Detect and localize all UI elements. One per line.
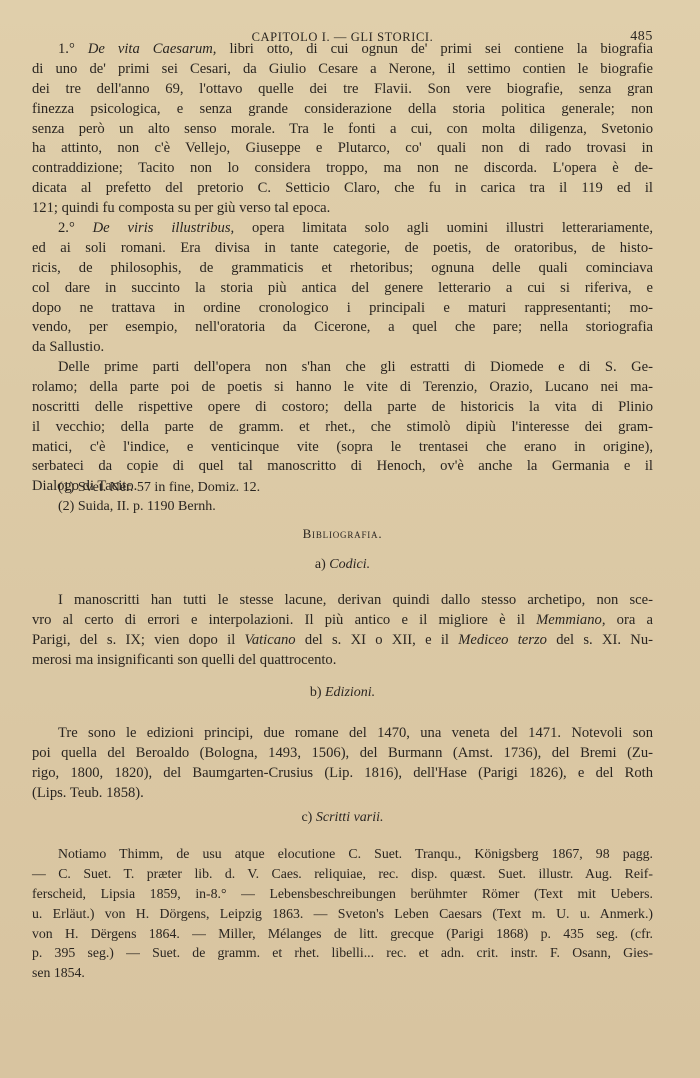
text-line: 1.° De vita Caesarum, libri otto, di cui… bbox=[32, 40, 653, 60]
text-line: p. 395 seg.) — Suet. de gramm. et rhet. … bbox=[32, 943, 653, 963]
text-line: Delle prime parti dell'opera non s'han c… bbox=[32, 358, 653, 378]
text-line: Tre sono le edizioni principi, due roman… bbox=[32, 724, 653, 744]
text-segment: I manoscritti han tutti le stesse lacune… bbox=[58, 592, 653, 608]
italic-title: Mediceo terzo bbox=[458, 632, 547, 648]
footnote-1: (1) Svet. Ner. 57 in fine, Domiz. 12. bbox=[58, 478, 260, 497]
text-segment: ricis, de philosophis, de grammaticis et… bbox=[32, 260, 653, 276]
text-segment: u. Erläut.) von H. Dörgens, Leipzig 1863… bbox=[32, 906, 653, 921]
book-page: CAPITOLO I. — GLI STORICI. 485 1.° De vi… bbox=[0, 0, 700, 1078]
text-segment: (Lips. Teub. 1858). bbox=[32, 785, 144, 801]
text-segment: ha attinto, non c'è Vellejo, Giuseppe e … bbox=[32, 140, 653, 156]
text-segment: Delle prime parti dell'opera non s'han c… bbox=[58, 359, 653, 375]
text-segment: von H. Dërgens 1864. — Miller, Mélanges … bbox=[32, 926, 653, 941]
text-line: merosi ma insignificanti son quelli del … bbox=[32, 651, 653, 671]
text-segment: merosi ma insignificanti son quelli del … bbox=[32, 652, 336, 668]
text-line: vendo, per esempio, nell'oratoria da Cic… bbox=[32, 318, 653, 338]
paragraph-codici: I manoscritti han tutti le stesse lacune… bbox=[32, 591, 653, 671]
text-segment: p. 395 seg.) — Suet. de gramm. et rhet. … bbox=[32, 945, 653, 960]
text-segment: ferscheid, Lipsia 1859, in-8.° — Lebensb… bbox=[32, 886, 653, 901]
text-line: (Lips. Teub. 1858). bbox=[32, 784, 653, 804]
text-line: matici, c'è l'indice, e venticinque vite… bbox=[32, 438, 653, 458]
text-segment: Tre sono le edizioni principi, due roman… bbox=[58, 725, 653, 741]
text-line: ricis, de philosophis, de grammaticis et… bbox=[32, 259, 653, 279]
bibliography-heading: Bibliografia. bbox=[32, 526, 653, 542]
paragraph-edizioni: Tre sono le edizioni principi, due roman… bbox=[32, 724, 653, 804]
text-line: serbateci da copie di quel tal manoscrit… bbox=[32, 457, 653, 477]
text-segment: col dare in succinto la storia più antic… bbox=[32, 280, 653, 296]
text-segment: noscritti delle rispettive opere di cost… bbox=[32, 399, 653, 415]
text-line: 2.° De viris illustribus, opera limitata… bbox=[32, 219, 653, 239]
paragraph-manuscript-tradition: Delle prime parti dell'opera non s'han c… bbox=[32, 358, 653, 497]
text-segment: vendo, per esempio, nell'oratoria da Cic… bbox=[32, 319, 653, 335]
subheading-label: Scritti varii. bbox=[316, 810, 384, 825]
subheading-label: Codici. bbox=[329, 557, 370, 572]
text-segment: Parigi, del s. IX; vien dopo il bbox=[32, 632, 245, 648]
subheading-label: Edizioni. bbox=[325, 685, 375, 700]
text-segment: sen 1854. bbox=[32, 965, 85, 980]
subheading-codici: a) Codici. bbox=[32, 557, 653, 573]
text-line: il vecchio; della parte de gramm. et rhe… bbox=[32, 418, 653, 438]
subheading-prefix: c) bbox=[301, 810, 315, 825]
text-line: rigo, 1800, 1820), del Baumgarten-Crusiu… bbox=[32, 764, 653, 784]
text-segment: dei tre dell'anno 69, l'ottavo quelle de… bbox=[32, 81, 653, 97]
text-segment: vro al certo di errori e interpolazioni.… bbox=[32, 612, 536, 628]
text-segment: serbateci da copie di quel tal manoscrit… bbox=[32, 458, 653, 474]
text-line: Parigi, del s. IX; vien dopo il Vaticano… bbox=[32, 631, 653, 651]
text-line: Notiamo Thimm, de usu atque elocutione C… bbox=[32, 844, 653, 864]
text-line: dei tre dell'anno 69, l'ottavo quelle de… bbox=[32, 80, 653, 100]
italic-title: De viris illustribus, bbox=[93, 220, 235, 236]
subheading-prefix: a) bbox=[315, 557, 329, 572]
text-line: contraddizione; Tacito non lo considera … bbox=[32, 159, 653, 179]
text-segment: rigo, 1800, 1820), del Baumgarten-Crusiu… bbox=[32, 765, 653, 781]
text-line: col dare in succinto la storia più antic… bbox=[32, 279, 653, 299]
text-line: senza però un alto senso morale. Tra le … bbox=[32, 120, 653, 140]
text-segment: del s. XI o XII, e il bbox=[296, 632, 459, 648]
text-line: finezza psicologica, e senza grande cons… bbox=[32, 100, 653, 120]
text-line: rolamo; della parte poi de poetis si han… bbox=[32, 378, 653, 398]
paragraph-de-vita-caesarum: 1.° De vita Caesarum, libri otto, di cui… bbox=[32, 40, 653, 219]
text-line: poi quella del Beroaldo (Bologna, 1493, … bbox=[32, 744, 653, 764]
text-line: 121; quindi fu composta su per giù verso… bbox=[32, 199, 653, 219]
text-segment: il vecchio; della parte de gramm. et rhe… bbox=[32, 419, 653, 435]
subheading-scritti-varii: c) Scritti varii. bbox=[32, 810, 653, 826]
italic-title: Memmiano bbox=[536, 612, 602, 628]
text-line: sen 1854. bbox=[32, 963, 653, 983]
text-segment: dicata al prefetto del pretorio C. Setti… bbox=[32, 180, 653, 196]
text-segment: Notiamo Thimm, de usu atque elocutione C… bbox=[58, 846, 653, 861]
text-segment: dopo ne trattava in ordine cronologico i… bbox=[32, 300, 653, 316]
text-line: ferscheid, Lipsia 1859, in-8.° — Lebensb… bbox=[32, 884, 653, 904]
text-line: di uno de' primi sei Cesari, da Giulio C… bbox=[32, 60, 653, 80]
subheading-edizioni: b) Edizioni. bbox=[32, 685, 653, 701]
text-segment: contraddizione; Tacito non lo considera … bbox=[32, 160, 653, 176]
italic-title: De vita Caesarum, bbox=[88, 41, 217, 57]
text-segment: rolamo; della parte poi de poetis si han… bbox=[32, 379, 653, 395]
text-segment: libri otto, di cui ognun de' primi sei c… bbox=[216, 41, 653, 57]
text-segment: senza però un alto senso morale. Tra le … bbox=[32, 121, 653, 137]
subheading-prefix: b) bbox=[310, 685, 325, 700]
text-line: dicata al prefetto del pretorio C. Setti… bbox=[32, 179, 653, 199]
text-segment: da Sallustio. bbox=[32, 339, 104, 355]
text-segment: 121; quindi fu composta su per giù verso… bbox=[32, 200, 330, 216]
text-line: noscritti delle rispettive opere di cost… bbox=[32, 398, 653, 418]
paragraph-de-viris-illustribus: 2.° De viris illustribus, opera limitata… bbox=[32, 219, 653, 358]
text-segment: 1.° bbox=[58, 41, 88, 57]
text-segment: di uno de' primi sei Cesari, da Giulio C… bbox=[32, 61, 653, 77]
text-line: da Sallustio. bbox=[32, 338, 653, 358]
italic-title: Vaticano bbox=[245, 632, 296, 648]
paragraph-scritti-varii: Notiamo Thimm, de usu atque elocutione C… bbox=[32, 844, 653, 983]
text-line: — C. Suet. T. præter lib. d. V. Caes. re… bbox=[32, 864, 653, 884]
text-line: I manoscritti han tutti le stesse lacune… bbox=[32, 591, 653, 611]
text-segment: — C. Suet. T. præter lib. d. V. Caes. re… bbox=[32, 866, 653, 881]
text-segment: matici, c'è l'indice, e venticinque vite… bbox=[32, 439, 653, 455]
text-segment: ed ai soli romani. Era divisa in tante c… bbox=[32, 240, 653, 256]
text-line: u. Erläut.) von H. Dörgens, Leipzig 1863… bbox=[32, 904, 653, 924]
text-line: ed ai soli romani. Era divisa in tante c… bbox=[32, 239, 653, 259]
text-segment: , ora a bbox=[602, 612, 653, 628]
text-line: ha attinto, non c'è Vellejo, Giuseppe e … bbox=[32, 139, 653, 159]
text-line: von H. Dërgens 1864. — Miller, Mélanges … bbox=[32, 924, 653, 944]
footnote-2: (2) Suida, II. p. 1190 Bernh. bbox=[58, 497, 216, 516]
text-line: dopo ne trattava in ordine cronologico i… bbox=[32, 299, 653, 319]
text-segment: 2.° bbox=[58, 220, 93, 236]
text-segment: del s. XI. Nu- bbox=[547, 632, 653, 648]
text-segment: poi quella del Beroaldo (Bologna, 1493, … bbox=[32, 745, 653, 761]
text-segment: opera limitata solo agli uomini illustri… bbox=[234, 220, 653, 236]
text-segment: finezza psicologica, e senza grande cons… bbox=[32, 101, 653, 117]
text-line: vro al certo di errori e interpolazioni.… bbox=[32, 611, 653, 631]
